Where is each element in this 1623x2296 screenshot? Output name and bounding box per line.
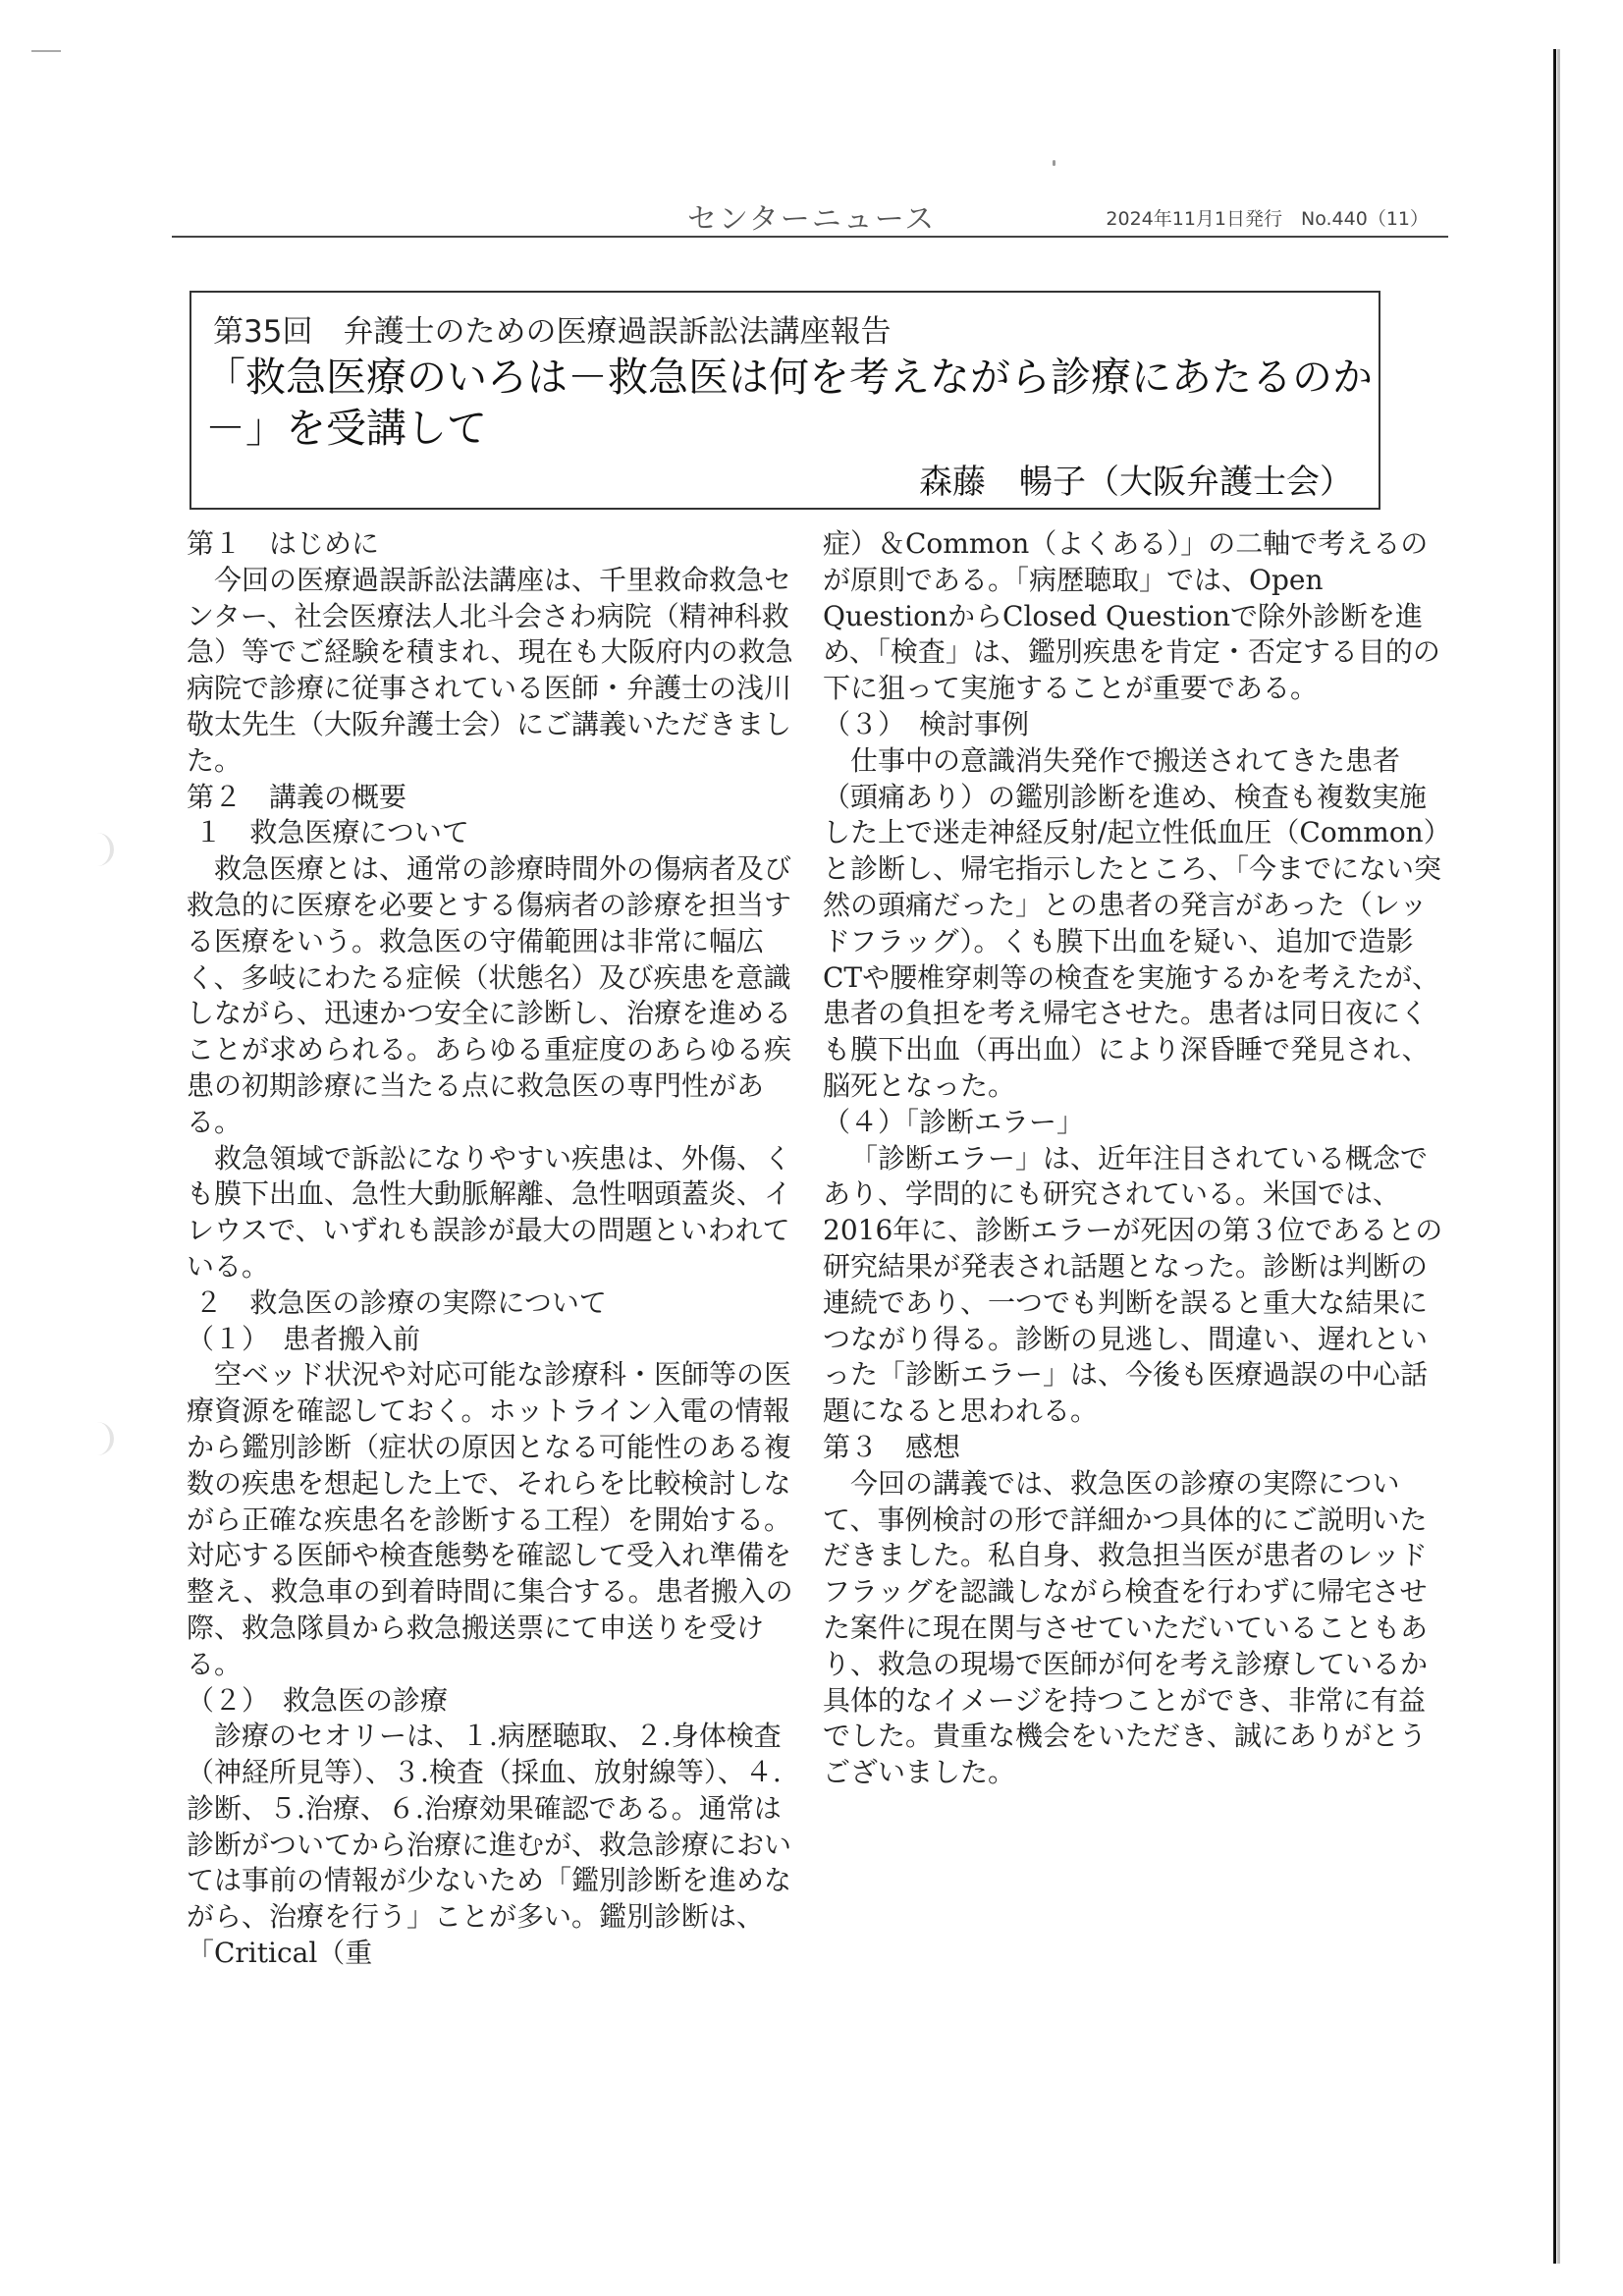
section-heading: （２） 救急医の診療 <box>187 1683 805 1720</box>
subsection-heading: １ 救急医療について <box>187 815 805 851</box>
article-title: 「救急医療のいろは－救急医は何を考えながら診療にあたるのか－」を受講して <box>205 352 1374 454</box>
section-heading: （１） 患者搬入前 <box>187 1322 805 1358</box>
body-paragraph: 診療のセオリーは、１.病歴聴取、２.身体検査（神経所見等）、３.検査（採血、放射… <box>187 1719 805 1972</box>
body-paragraph: 救急領域で訴訟になりやすい疾患は、外傷、くも膜下出血、急性大動脈解離、急性咽頭蓋… <box>187 1141 805 1285</box>
issue-info: 2024年11月1日発行 No.440（11） <box>1106 204 1429 231</box>
section-heading: 第２ 講義の概要 <box>187 780 805 816</box>
scan-mark <box>31 50 61 52</box>
header-rule <box>172 236 1448 238</box>
punch-hole-mark <box>88 1422 114 1455</box>
left-column: 第１ はじめに今回の医療過誤訴訟法講座は、千里救命救急センター、社会医療法人北斗… <box>187 526 805 1972</box>
subsection-heading: ２ 救急医の診療の実際について <box>187 1285 805 1322</box>
body-paragraph: 今回の医療過誤訴訟法講座は、千里救命救急センター、社会医療法人北斗会さわ病院（精… <box>187 563 805 780</box>
scan-edge-shadow <box>1557 49 1560 2264</box>
right-column: 症）＆Common（よくある）」の二軸で考えるのが原則である。「病歴聴取」では、… <box>823 526 1451 1791</box>
scan-dust <box>1053 160 1055 166</box>
body-paragraph: 救急医療とは、通常の診療時間外の傷病者及び救急的に医療を必要とする傷病者の診療を… <box>187 851 805 1140</box>
body-paragraph: 「診断エラー」は、近年注目されている概念であり、学問的にも研究されている。米国で… <box>823 1141 1451 1430</box>
article-author: 森藤 暢子（大阪弁護士会） <box>919 455 1353 503</box>
section-heading: （３） 検討事例 <box>823 707 1451 743</box>
punch-hole-mark <box>88 833 114 866</box>
body-paragraph: 空ベッド状況や対応可能な診療科・医師等の医療資源を確認しておく。ホットライン入電… <box>187 1357 805 1682</box>
section-heading: 第１ はじめに <box>187 526 805 563</box>
publication-title: センターニュース <box>687 194 936 238</box>
scan-edge <box>1553 49 1556 2264</box>
series-label: 第35回 弁護士のための医療過誤訴訟法講座報告 <box>213 306 891 351</box>
continued-paragraph: 症）＆Common（よくある）」の二軸で考えるのが原則である。「病歴聴取」では、… <box>823 526 1451 707</box>
body-paragraph: 今回の講義では、救急医の診療の実際について、事例検討の形で詳細かつ具体的にご説明… <box>823 1466 1451 1791</box>
body-paragraph: 仕事中の意識消失発作で搬送されてきた患者（頭痛あり）の鑑別診断を進め、検査も複数… <box>823 743 1451 1105</box>
page-header: センターニュース 2024年11月1日発行 No.440（11） <box>172 194 1448 238</box>
section-heading: 第３ 感想 <box>823 1430 1451 1466</box>
article-title-box: 第35回 弁護士のための医療過誤訴訟法講座報告 「救急医療のいろは－救急医は何を… <box>189 291 1380 510</box>
section-heading: （４）「診断エラー」 <box>823 1105 1451 1141</box>
